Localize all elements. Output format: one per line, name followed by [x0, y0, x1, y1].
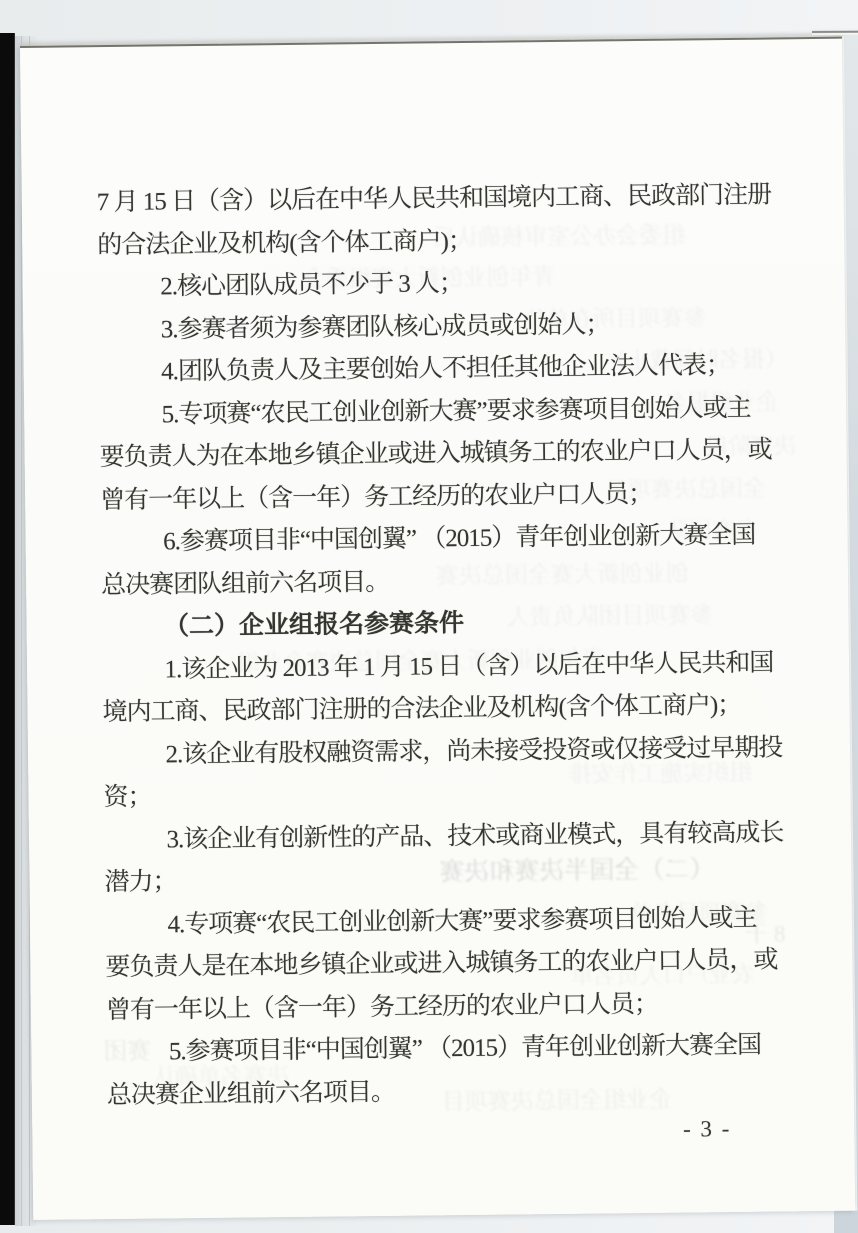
- enterprise-item-1: 1.该企业为 2013 年 1 月 15 日（含）以后在中华人民共和国 境内工商…: [102, 642, 783, 735]
- enterprise-item-3: 3.该企业有创新性的产品、技术或商业模式，具有较高成长 潜力；: [104, 812, 785, 905]
- enterprise-item-5: 5.参赛项目非“中国创翼” （2015）青年创业创新大赛全国 总决赛企业组前六名…: [106, 1024, 787, 1117]
- page-number: - 3 -: [107, 1116, 731, 1149]
- document-page: 组委会办公室审核确认后青年创业创新大赛组委会参赛项目所在单位（报名时间截止）企业…: [20, 37, 855, 1220]
- paragraph-continuation: 7 月 15 日（含）以后在中华人民共和国境内工商、民政部门注册 的合法企业及机…: [97, 174, 778, 267]
- team-item-4: 4.团队负责人及主要创始人不担任其他企业法人代表；: [98, 344, 778, 394]
- scan-background: 组委会办公室审核确认后青年创业创新大赛组委会参赛项目所在单位（报名时间截止）企业…: [0, 0, 858, 1233]
- page-content: 7 月 15 日（含）以后在中华人民共和国境内工商、民政部门注册 的合法企业及机…: [20, 39, 854, 1150]
- enterprise-item-2: 2.该企业有股权融资需求，尚未接受投资或仅接受过早期投 资；: [103, 727, 784, 820]
- team-item-5: 5.专项赛“农民工创业创新大赛”要求参赛项目创始人或主 要负责人为在本地乡镇企业…: [99, 387, 780, 522]
- team-item-6: 6.参赛项目非“中国创翼” （2015）青年创业创新大赛全国 总决赛团队组前六名…: [100, 514, 781, 607]
- scanner-edge-strip: [0, 33, 15, 1225]
- page-behind-edge: [812, 28, 858, 35]
- enterprise-item-4: 4.专项赛“农民工创业创新大赛”要求参赛项目创始人或主 要负责人是在本地乡镇企业…: [105, 897, 786, 1032]
